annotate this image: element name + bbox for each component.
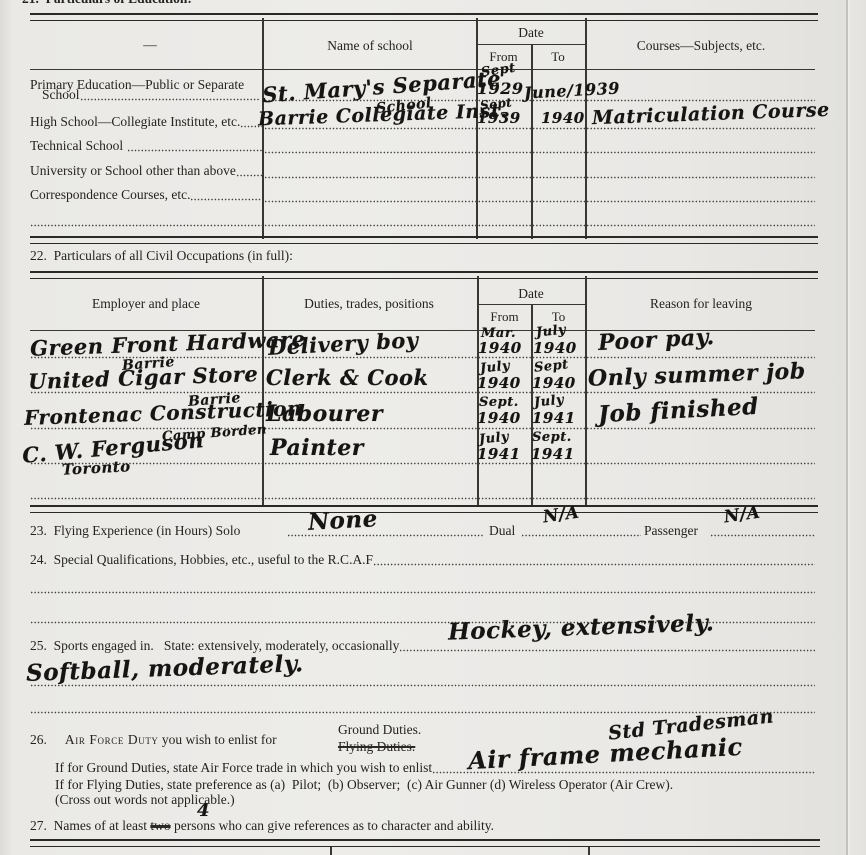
handwriting-passenger: N/A	[723, 505, 761, 527]
references-table-col-divider	[330, 847, 332, 855]
section-27-row: 27. Names of at least two persons who ca…	[30, 818, 494, 834]
references-table-col-divider	[588, 847, 590, 855]
occupations-header-duties: Duties, trades, positions	[268, 296, 470, 312]
handwriting-from-month-1: Sept	[480, 62, 516, 80]
handwriting-sports-2: Softball, moderately.	[26, 652, 304, 685]
handwriting-to-month: Sept	[533, 358, 569, 375]
handwriting-inserted-four: 4	[197, 802, 210, 820]
education-row-label: University or School other than above	[30, 163, 262, 179]
references-table-top-rule	[30, 839, 820, 847]
blank-dotted-line	[30, 591, 815, 594]
handwriting-from-year: 1940	[478, 341, 522, 356]
ground-trade-prompt: If for Ground Duties, state Air Force tr…	[55, 760, 432, 776]
section-26-number: 26.	[30, 732, 47, 748]
handwriting-from-year: 1940	[477, 376, 521, 391]
section-24-row: 24. Special Qualifications, Hobbies, etc…	[30, 552, 815, 568]
education-row-label: High School—Collegiate Institute, etc.	[30, 114, 262, 130]
attestation-form-page: 21. Particulars of Education: — Name of …	[0, 0, 866, 855]
handwriting-to-year: 1940	[532, 376, 576, 391]
handwriting-solo: None	[307, 507, 378, 534]
ground-duties-option: Ground Duties.	[338, 722, 421, 738]
section-25-row: 25. Sports engaged in. State: extensivel…	[30, 638, 815, 654]
passenger-label: Passenger	[644, 523, 698, 539]
occupations-table-top-rule	[30, 271, 818, 279]
handwriting-from-month: Sept.	[479, 396, 519, 409]
occupations-fromto-divider	[531, 305, 533, 507]
section-26-label-row: 26. Air Force Duty you wish to enlist fo…	[30, 732, 277, 748]
row-dotted-line	[264, 176, 815, 179]
education-header-rule	[30, 69, 815, 70]
handwriting-to-month: Sept.	[532, 431, 572, 444]
dual-answer-line	[521, 534, 641, 537]
handwriting-employer-2: United Cigar Store	[28, 363, 259, 392]
occupations-date-underline	[478, 304, 585, 305]
handwriting-reason-3: Job finished	[598, 395, 760, 426]
education-row-label: Correspondence Courses, etc.	[30, 187, 262, 203]
section-27-prefix: 27. Names of at least	[30, 818, 150, 834]
handwriting-from-year-2: 1939	[477, 111, 521, 126]
section-21-heading: 21. Particulars of Education:	[22, 0, 192, 7]
section-27-suffix: persons who can give references as to ch…	[171, 818, 494, 834]
handwriting-from-year: 1941	[477, 447, 521, 462]
occupations-table-bottom-rule	[30, 505, 818, 513]
education-header-dash: —	[110, 37, 190, 53]
handwriting-from-year: 1940	[477, 411, 521, 426]
education-table-top-rule	[30, 13, 818, 21]
handwriting-to-2: 1940	[541, 111, 585, 126]
education-header-courses: Courses—Subjects, etc.	[588, 38, 814, 54]
section-23-label: 23. Flying Experience (in Hours) Solo	[30, 523, 240, 539]
handwriting-duties-2: Clerk & Cook	[266, 367, 429, 388]
handwriting-to-month: July	[533, 393, 564, 409]
paper-crease	[846, 0, 848, 855]
row-dotted-line	[30, 391, 815, 394]
occupations-header-to: To	[532, 309, 585, 324]
row-dotted-line	[264, 151, 815, 154]
education-header-to: To	[532, 49, 584, 64]
flying-duties-option-struck: Flying Duties.	[338, 739, 415, 755]
education-row-label-line2: School	[42, 88, 260, 103]
education-date-underline	[477, 44, 585, 45]
row-dotted-line	[30, 497, 815, 500]
row-dotted-line	[30, 224, 815, 227]
occupations-header-employer: Employer and place	[38, 296, 254, 312]
education-row-label2-text: School	[42, 87, 80, 103]
section-22-heading: 22. Particulars of all Civil Occupations…	[30, 248, 293, 264]
education-header-school: Name of school	[268, 38, 472, 54]
handwriting-reason-1: Poor pay.	[598, 326, 716, 354]
handwriting-dual: N/A	[542, 505, 580, 527]
occupations-header-from: From	[478, 309, 531, 324]
handwriting-to-month: July	[535, 323, 566, 339]
dual-label: Dual	[489, 523, 515, 539]
handwriting-duties-4: Painter	[270, 437, 364, 459]
section-26-label-smallcaps: Air Force Duty	[65, 732, 159, 748]
education-header-date: Date	[478, 25, 584, 41]
occupations-header-reason: Reason for leaving	[593, 296, 809, 312]
education-table-bottom-rule	[30, 236, 818, 244]
handwriting-from-year-1: 1929	[477, 81, 524, 97]
handwriting-school-2: Barrie Collegiate Inst.	[258, 102, 508, 130]
handwriting-to-year: 1941	[531, 447, 575, 462]
handwriting-courses-2: Matriculation Course	[592, 101, 830, 128]
section-24-label: 24. Special Qualifications, Hobbies, etc…	[30, 552, 373, 568]
passenger-answer-line	[710, 534, 815, 537]
row-dotted-line	[30, 462, 815, 465]
handwriting-duties-1: Delivery boy	[268, 329, 419, 358]
handwriting-to-year: 1940	[533, 341, 577, 356]
row-dotted-line	[264, 200, 815, 203]
education-fromto-divider	[531, 45, 533, 239]
handwriting-to-year: 1941	[532, 411, 576, 426]
handwriting-reason-2: Only summer job	[588, 360, 806, 390]
section-26-label-rest: you wish to enlist for	[159, 732, 277, 748]
section-27-struck-word: two	[150, 818, 170, 834]
row-dotted-line	[30, 427, 815, 430]
handwriting-place-4: Toronto	[62, 459, 131, 478]
occupations-header-date: Date	[479, 286, 583, 302]
section-25-label: 25. Sports engaged in. State: extensivel…	[30, 638, 399, 654]
row-dotted-line	[264, 127, 815, 130]
education-row-label: Technical School	[30, 138, 262, 154]
sports-line2-dots	[30, 684, 815, 687]
flying-preference-prompt: If for Flying Duties, state preference a…	[55, 777, 673, 793]
handwriting-duties-3: Labourer	[266, 403, 383, 425]
